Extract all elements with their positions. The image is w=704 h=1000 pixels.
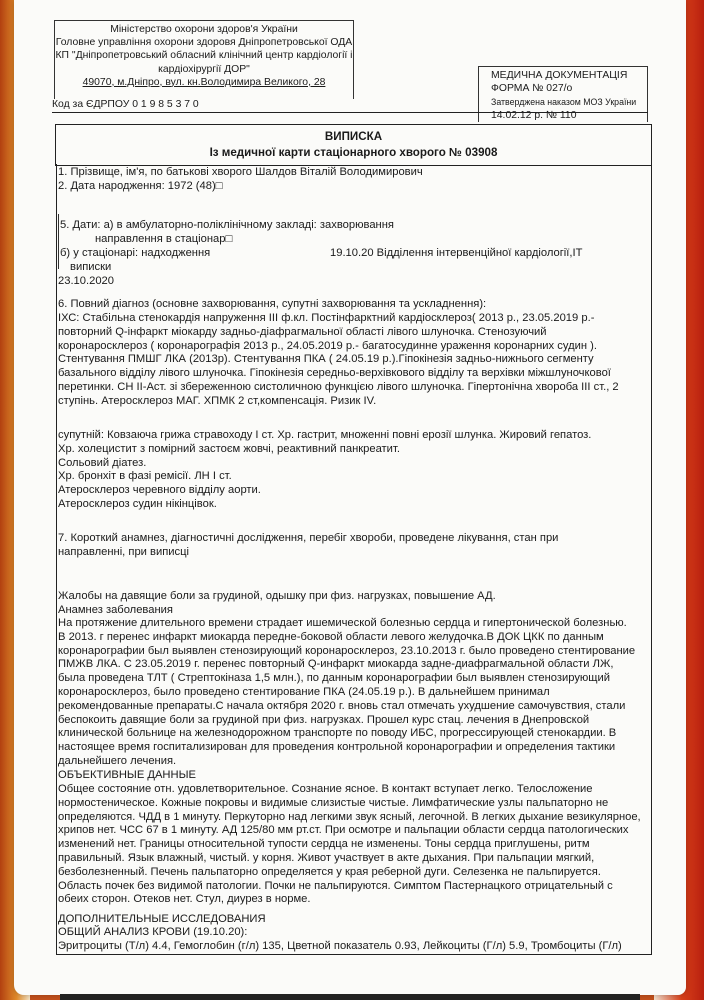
- complaints: Жалобы на давящие боли за грудиной, одыш…: [58, 590, 496, 604]
- diagnosis-concomitant: супутній: Ковзаюча грижа стравоходу I ст…: [58, 429, 591, 512]
- document-title-box: ВИПИСКА Із медичної карти стаціонарного …: [55, 124, 652, 166]
- document-subtitle: Із медичної карти стаціонарного хворого …: [56, 146, 651, 159]
- document-title: ВИПИСКА: [56, 130, 651, 143]
- objective-line: Область почек без видимой патологии. Поч…: [58, 880, 641, 894]
- additional-tests-heading: ДОПОЛНИТЕЛЬНЫЕ ИССЛЕДОВАНИЯ: [58, 913, 266, 927]
- anamnesis-heading-line: 7. Короткий анамнез, діагностичні дослід…: [58, 532, 558, 546]
- objective-line: Общее состояние отн. удовлетворительное.…: [58, 783, 641, 797]
- institution-name: КП "Дніпропетровський обласний клінічний…: [55, 49, 353, 62]
- objective-line: правильный. Язык влажный, чистый. у корн…: [58, 852, 641, 866]
- diagnosis-heading: 6. Повний діагноз (основне захворювання,…: [58, 298, 486, 312]
- header-divider: [52, 112, 648, 113]
- blood-test-results: Эритроциты (Т/л) 4.4, Гемоглобин (г/л) 1…: [58, 940, 622, 954]
- anamnesis-heading-line: направленні, при виписці: [58, 546, 558, 560]
- dates-outpatient: 5. Дати: а) в амбулаторно-поліклінічному…: [60, 219, 394, 233]
- disease-history-line: беспокоить давящие боли за грудиной при …: [58, 714, 635, 728]
- regional-department: Головне управління охорони здоровя Дніпр…: [55, 36, 353, 49]
- diagnosis-line: ступінь. Атеросклероз МАГ. ХПМК 2 ст,ком…: [58, 395, 619, 409]
- dates-inpatient-label: б) у стаціонарі: надходження: [60, 247, 210, 261]
- discharge-label: виписки: [70, 261, 111, 275]
- page-bottom-shadow: [60, 994, 640, 1000]
- edrpou-code: Код за ЄДРПОУ 0 1 9 8 5 3 7 0: [52, 98, 199, 112]
- diagnosis-line: коронаросклероз ( коронарографія 2013 р.…: [58, 340, 619, 354]
- diagnosis-line: базального відділу лівого шлуночка. Гіпо…: [58, 367, 619, 381]
- form-doc-type: МЕДИЧНА ДОКУМЕНТАЦІЯ: [491, 69, 647, 82]
- institution-name-cont: кардіохірургії ДОР": [55, 63, 353, 76]
- institution-address: 49070, м.Дніпро, вул. кн.Володимира Вели…: [55, 76, 353, 89]
- diagnosis-line: Стентування ПМШГ ЛКА (2013р). Стентуванн…: [58, 353, 619, 367]
- edrpou-value: 0 1 9 8 5 3 7 0: [132, 99, 198, 110]
- form-info-box: МЕДИЧНА ДОКУМЕНТАЦІЯ ФОРМА № 027/о Затве…: [478, 66, 648, 122]
- institution-header: Міністерство охорони здоров'я України Го…: [54, 20, 354, 99]
- admission-date: 19.10.20 Відділення інтервенційної карді…: [330, 247, 582, 261]
- disease-history-line: коронаросклероз, было проведено стентиро…: [58, 686, 635, 700]
- patient-name: 1. Прізвище, ім'я, по батькові хворого Ш…: [58, 166, 423, 180]
- dates-referral: направлення в стаціонар□: [95, 233, 232, 247]
- form-approval: Затверджена наказом МОЗ України: [491, 96, 647, 109]
- disease-history-line: коронарографии был выявлен стенозирующий…: [58, 645, 635, 659]
- blood-test-heading: ОБЩИЙ АНАЛИЗ КРОВИ (19.10.20):: [58, 926, 247, 940]
- concomitant-line: Хр. холецистит з помірний застоєм жовчі,…: [58, 443, 591, 457]
- disease-history-line: ПМЖВ ЛКА. С 23.05.2019 г. перенес повтор…: [58, 658, 635, 672]
- disease-history-line: В 2013. г перенес инфаркт миокарда перед…: [58, 631, 635, 645]
- objective-line: обеих сторон. Отеков нет. Стул, диурез в…: [58, 893, 641, 907]
- objective-line: безболезненный. Печень пальпаторно опред…: [58, 866, 641, 880]
- diagnosis-line: повторний Q-інфаркт міокарду задньо-діаф…: [58, 326, 619, 340]
- diagnosis-main: ІХС: Стабільна стенокардія напруження II…: [58, 312, 619, 409]
- form-number: ФОРМА № 027/о: [491, 82, 647, 95]
- concomitant-line: супутній: Ковзаюча грижа стравоходу I ст…: [58, 429, 591, 443]
- concomitant-line: Сольовий діатез.: [58, 457, 591, 471]
- anamnesis-heading: 7. Короткий анамнез, діагностичні дослід…: [58, 532, 558, 560]
- discharge-date: 23.10.2020: [58, 275, 114, 289]
- disease-history-line: рекомендованные препараты.С начала октяб…: [58, 700, 635, 714]
- concomitant-line: Хр. бронхіт в фазі ремісії. ЛН I ст.: [58, 470, 591, 484]
- diagnosis-line: перетинки. СН II-Аст. зі збереженною сис…: [58, 381, 619, 395]
- disease-history-line: дальнейшего лечения.: [58, 755, 635, 769]
- disease-history: На протяжение длительного времени страда…: [58, 617, 635, 769]
- objective-line: нормостеническое. Кожные покровы и видим…: [58, 797, 641, 811]
- objective-findings: Общее состояние отн. удовлетворительное.…: [58, 783, 641, 907]
- patient-birth-date: 2. Дата народження: 1972 (48)□: [58, 180, 222, 194]
- disease-history-line: была проведена ТЛТ ( Стрептокіназа 1,5 м…: [58, 672, 635, 686]
- objective-line: изменений нет. Границы относительной туп…: [58, 838, 641, 852]
- disease-history-line: клинической больнице на железнодорожном …: [58, 727, 635, 741]
- disease-history-line: настоящее время госпитализирован для про…: [58, 741, 635, 755]
- diagnosis-line: ІХС: Стабільна стенокардія напруження II…: [58, 312, 619, 326]
- disease-history-line: На протяжение длительного времени страда…: [58, 617, 635, 631]
- concomitant-line: Атеросклероз судин нікінцівок.: [58, 498, 591, 512]
- objective-heading: ОБЪЕКТИВНЫЕ ДАННЫЕ: [58, 769, 196, 783]
- ministry-name: Міністерство охорони здоров'я України: [55, 23, 353, 36]
- disease-history-heading: Анамнез заболевания: [58, 604, 173, 618]
- edrpou-label: Код за ЄДРПОУ: [52, 99, 129, 110]
- objective-line: хрипов нет. ЧСС 67 в 1 минуту. АД 125/80…: [58, 824, 641, 838]
- objective-line: определяются. ЧДД в 1 минуту. Перкуторно…: [58, 811, 641, 825]
- concomitant-line: Атеросклероз черевного відділу аорти.: [58, 484, 591, 498]
- section-margin-line: [58, 214, 59, 269]
